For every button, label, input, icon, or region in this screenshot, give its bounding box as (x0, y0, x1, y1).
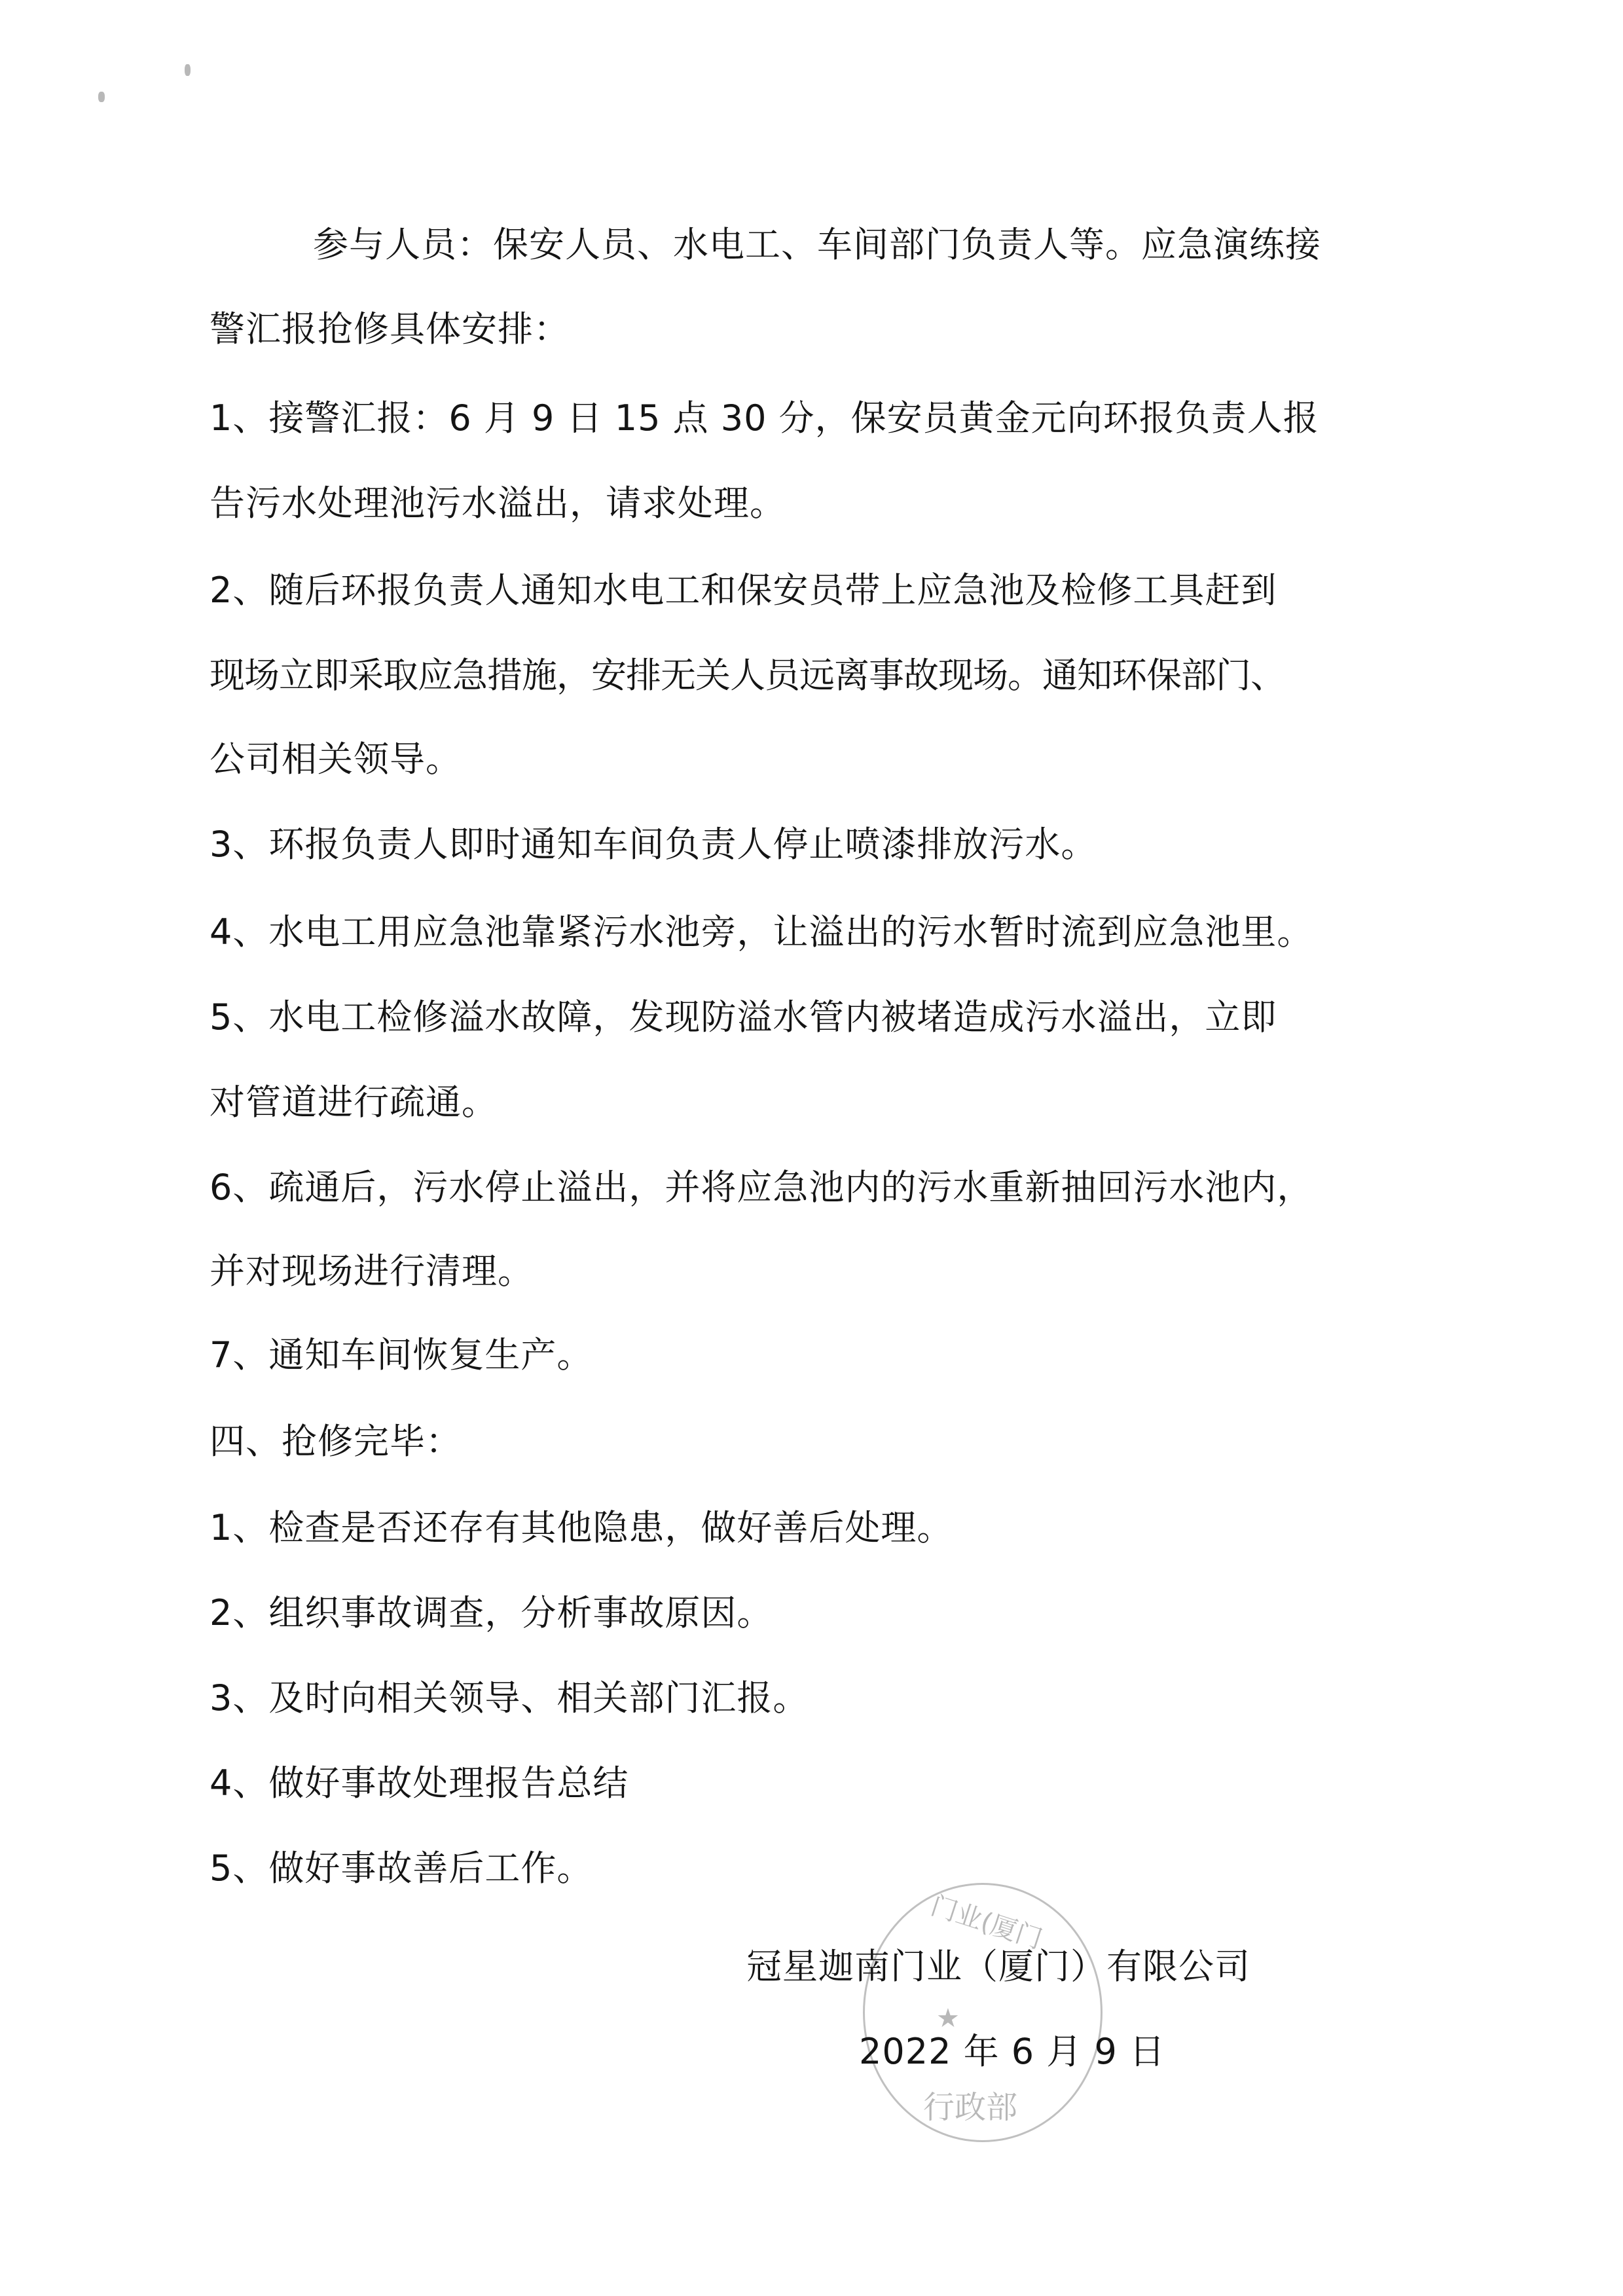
section-four-item-3: 3、及时向相关领导、相关部门汇报。 (210, 1677, 809, 1719)
section-four-heading: 四、抢修完毕： (210, 1421, 462, 1463)
stamp-star-icon: ★ (936, 2003, 965, 2033)
section-four-item-1: 1、检查是否还存有其他隐患，做好善后处理。 (210, 1507, 953, 1549)
section-four-item-4: 4、做好事故处理报告总结 (210, 1762, 629, 1804)
scan-speck (98, 92, 105, 102)
section-four-item-2: 2、组织事故调查，分析事故原因。 (210, 1592, 773, 1634)
section-four-item-5: 5、做好事故善后工作。 (210, 1848, 593, 1889)
scan-speck (185, 64, 191, 76)
step-3-line: 3、环报负责人即时通知车间负责人停止喷漆排放污水。 (210, 824, 1097, 866)
signature-date: 2022 年 6 月 9 日 (859, 2031, 1165, 2073)
step-1-line-2: 告污水处理池污水溢出，请求处理。 (210, 483, 786, 524)
step-2-line-2: 现场立即采取应急措施，安排无关人员远离事故现场。通知环保部门、 (210, 655, 1285, 697)
step-4-line: 4、水电工用应急池靠紧污水池旁，让溢出的污水暂时流到应急池里。 (210, 911, 1313, 953)
step-6-line-2: 并对现场进行清理。 (210, 1250, 534, 1292)
step-5-line-2: 对管道进行疏通。 (210, 1082, 498, 1123)
step-7-line: 7、通知车间恢复生产。 (210, 1334, 593, 1376)
participants-line-1: 参与人员：保安人员、水电工、车间部门负责人等。应急演练接 (313, 224, 1321, 266)
step-6-line-1: 6、疏通后，污水停止溢出，并将应急池内的污水重新抽回污水池内， (210, 1167, 1313, 1209)
signature-company: 冠星迦南门业（厦门）有限公司 (746, 1946, 1250, 1988)
step-1-line-1: 1、接警汇报：6 月 9 日 15 点 30 分，保安员黄金元向环报负责人报 (210, 397, 1319, 439)
step-5-line-1: 5、水电工检修溢水故障，发现防溢水管内被堵造成污水溢出，立即 (210, 996, 1277, 1038)
participants-line-2: 警汇报抢修具体安排： (210, 308, 570, 350)
step-2-line-1: 2、随后环报负责人通知水电工和保安员带上应急池及检修工具赶到 (210, 570, 1277, 611)
stamp-department: 行政部 (923, 2082, 1017, 2127)
step-2-line-3: 公司相关领导。 (210, 738, 462, 780)
document-page: 参与人员：保安人员、水电工、车间部门负责人等。应急演练接 警汇报抢修具体安排： … (0, 0, 1623, 2296)
